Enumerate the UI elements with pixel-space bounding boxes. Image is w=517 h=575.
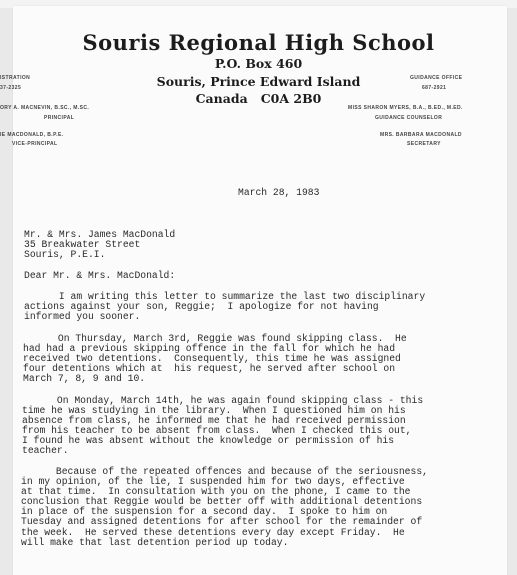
admin-office-label: ISTRATION [0,75,30,81]
school-name: Souris Regional High School [0,30,517,55]
paragraph-2: On Thursday, March 3rd, Reggie was found… [23,334,407,384]
principal-title: PRINCIPAL [44,115,74,121]
principal-name: ORY A. MacNEVIN, B.Sc., M.Sc. [0,105,89,111]
guidance-office-label: GUIDANCE OFFICE [410,75,462,81]
salutation: Dear Mr. & Mrs. MacDonald: [24,271,175,281]
paragraph-line: teacher. [22,446,423,456]
guidance-office-phone: 687-2921 [422,85,446,91]
secretary-name: MRS. BARBARA MacDONALD [380,132,462,138]
vice-principal-name: IE MacDONALD, B.P.E. [0,132,63,138]
counselor-title: GUIDANCE COUNSELOR [375,115,442,121]
counselor-name: MISS SHARON MYERS, B.A., B.Ed., M.Ed. [348,105,463,111]
paragraph-line: will make that last detention period up … [21,538,428,548]
paragraph-line: informed you sooner. [24,312,425,322]
country-postal: Canada C0A 2B0 [0,91,517,106]
paragraph-1: I am writing this letter to summarize th… [24,292,425,322]
paragraph-4: Because of the repeated offences and bec… [21,467,428,548]
letter-date: March 28, 1983 [238,188,319,198]
paragraph-line: March 7, 8, 9 and 10. [23,374,407,384]
paragraph-3: On Monday, March 14th, he was again foun… [22,396,423,457]
po-box: P.O. Box 460 [0,56,517,71]
vice-principal-title: VICE-PRINCIPAL [12,141,58,147]
recipient-city: Souris, P.E.I. [24,250,105,260]
paragraph-line: I found he was absent without the knowle… [22,436,423,446]
secretary-title: SECRETARY [407,141,441,147]
admin-office-phone: 37-2325 [0,85,21,91]
